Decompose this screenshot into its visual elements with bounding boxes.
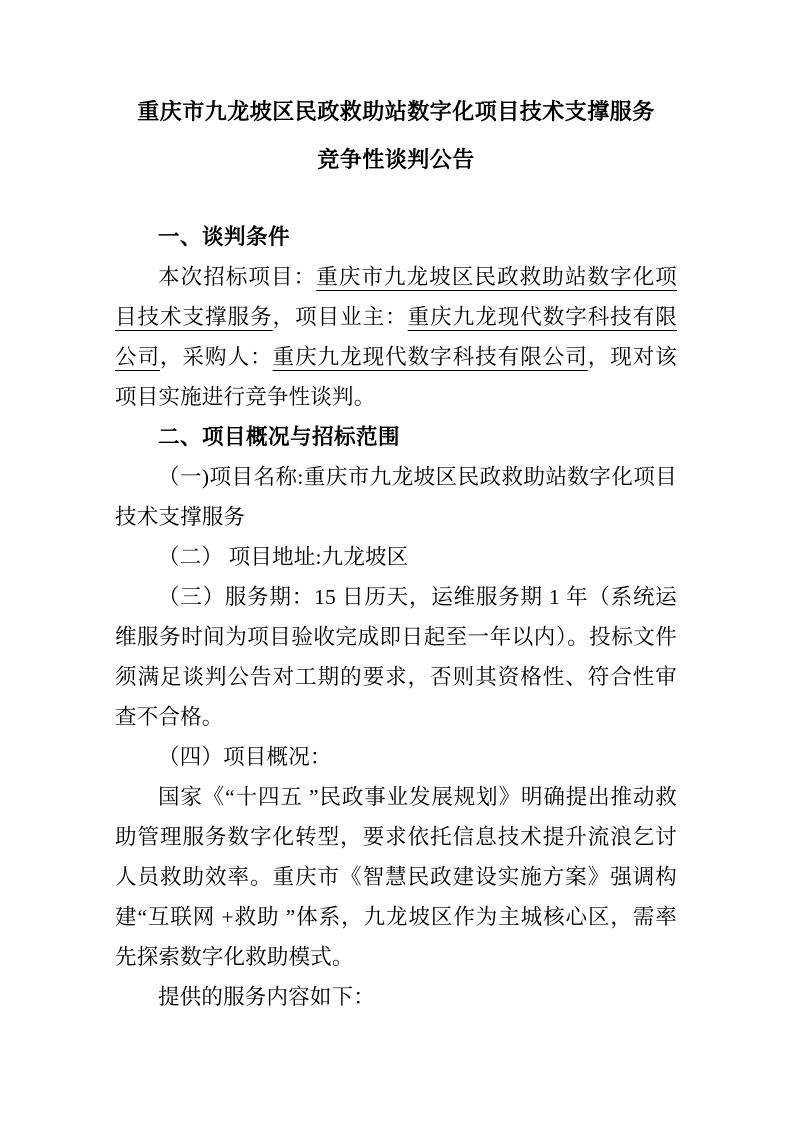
services-lead-paragraph: 提供的服务内容如下： — [115, 977, 677, 1017]
project-overview-item: （四）项目概况： — [115, 737, 677, 777]
project-name-item: （一)项目名称:重庆市九龙坡区民政救助站数字化项目技术支撑服务 — [115, 457, 677, 537]
project-address-item: （二） 项目地址:九龙坡区 — [115, 537, 677, 577]
document-title: 重庆市九龙坡区民政救助站数字化项目技术支撑服务 竞争性谈判公告 — [115, 88, 677, 184]
paragraph-lead-text: 本次招标项目： — [158, 265, 316, 289]
section-1-paragraph: 本次招标项目：重庆市九龙坡区民政救助站数字化项目技术支撑服务，项目业主：重庆九龙… — [115, 257, 677, 417]
paragraph-mid-text-2: ，采购人： — [160, 345, 273, 369]
document-title-line-2: 竞争性谈判公告 — [115, 136, 677, 184]
project-overview-paragraph: 国家《“十四五 ”民政事业发展规划》明确提出推动救助管理服务数字化转型，要求依托… — [115, 777, 677, 977]
section-2-heading: 二、项目概况与招标范围 — [115, 417, 677, 457]
service-period-item: （三）服务期：15 日历天，运维服务期 1 年（系统运维服务时间为项目验收完成即… — [115, 577, 677, 737]
document-page: 重庆市九龙坡区民政救助站数字化项目技术支撑服务 竞争性谈判公告 一、谈判条件 本… — [0, 0, 793, 1122]
section-1-heading: 一、谈判条件 — [115, 217, 677, 257]
underlined-purchaser-name: 重庆九龙现代数字科技有限公司 — [273, 345, 588, 369]
document-title-line-1: 重庆市九龙坡区民政救助站数字化项目技术支撑服务 — [115, 88, 677, 136]
paragraph-mid-text-1: ，项目业主： — [273, 305, 408, 329]
